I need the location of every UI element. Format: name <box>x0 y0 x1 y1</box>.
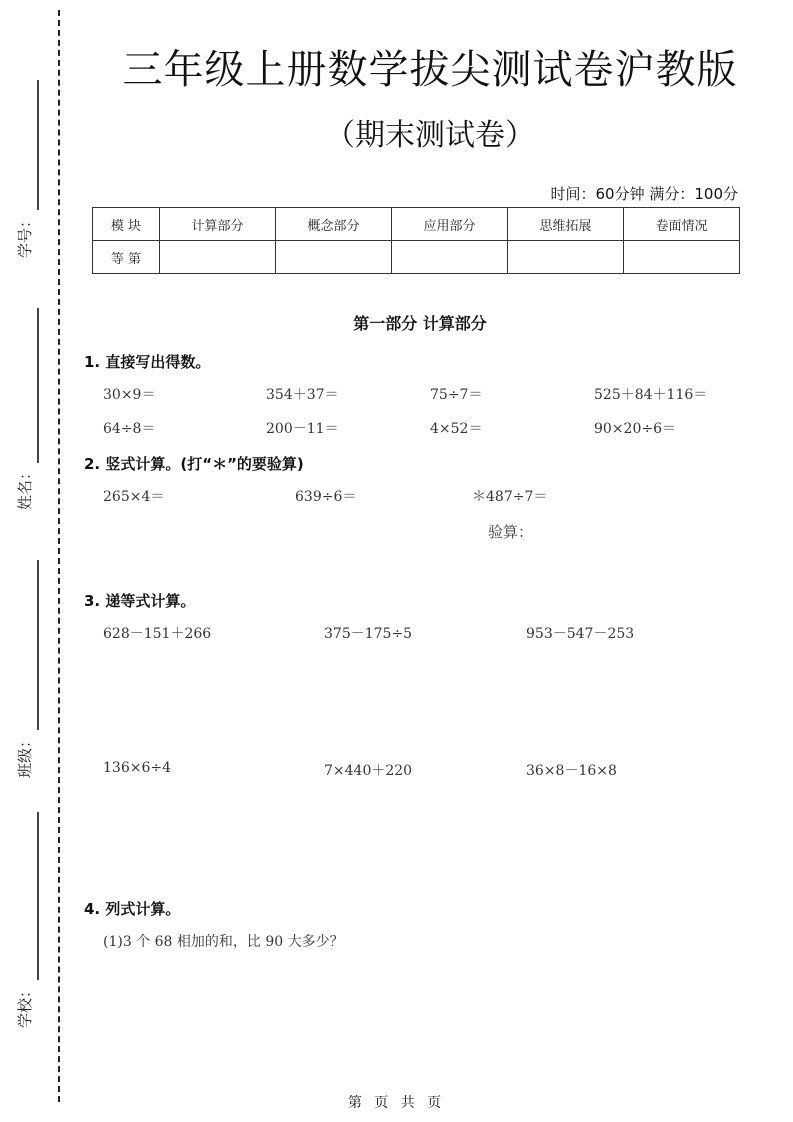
table-cell: 思维拓展 <box>508 208 624 241</box>
question-4-title: 4. 列式计算。 <box>84 898 180 919</box>
page-footer: 第 页 共 页 <box>0 1092 793 1112</box>
name-line <box>37 308 39 463</box>
page-subtitle: （期末测试卷） <box>90 110 770 154</box>
question-2-title: 2. 竖式计算。(打“＊”的要验算) <box>84 453 304 474</box>
expression: 64÷8＝ <box>103 418 155 438</box>
grade-input-cell[interactable] <box>624 241 740 274</box>
expression: 639÷6＝ <box>295 486 356 506</box>
school-label: 学校： <box>14 983 35 1028</box>
expression: 953－547－253 <box>526 623 634 643</box>
expression: 7×440＋220 <box>324 760 412 780</box>
section-heading: 第一部分 计算部分 <box>80 311 760 334</box>
expression: 90×20÷6＝ <box>594 418 676 438</box>
table-cell: 模 块 <box>93 208 160 241</box>
table-cell: 计算部分 <box>160 208 276 241</box>
table-cell: 卷面情况 <box>624 208 740 241</box>
student-id-label: 学号： <box>14 213 35 258</box>
expression: 136×6÷4 <box>103 760 171 776</box>
page-title: 三年级上册数学拔尖测试卷沪教版 <box>90 38 770 95</box>
table-cell: 应用部分 <box>392 208 508 241</box>
expression: 525＋84＋116＝ <box>594 384 707 404</box>
expression: ＊487÷7＝ <box>472 486 547 506</box>
grade-input-cell[interactable] <box>276 241 392 274</box>
expression: 200－11＝ <box>266 418 339 438</box>
binding-dashed-line <box>58 10 60 1102</box>
word-problem: (1)3 个 68 相加的和，比 90 大多少？ <box>103 931 344 951</box>
expression: 375－175÷5 <box>324 623 412 643</box>
grade-input-cell[interactable] <box>160 241 276 274</box>
question-1-title: 1. 直接写出得数。 <box>84 351 210 372</box>
expression: 30×9＝ <box>103 384 155 404</box>
check-label: 验算： <box>488 521 533 542</box>
grade-input-cell[interactable] <box>508 241 624 274</box>
grade-input-cell[interactable] <box>392 241 508 274</box>
table-cell: 概念部分 <box>276 208 392 241</box>
expression: 36×8－16×8 <box>526 760 617 780</box>
expression: 265×4＝ <box>103 486 164 506</box>
table-row: 模 块 计算部分 概念部分 应用部分 思维拓展 卷面情况 <box>93 208 740 241</box>
grade-table: 模 块 计算部分 概念部分 应用部分 思维拓展 卷面情况 等 第 <box>92 207 740 274</box>
question-3-title: 3. 递等式计算。 <box>84 590 195 611</box>
name-label: 姓名： <box>14 465 35 510</box>
exam-meta: 时间：60分钟 满分：100分 <box>551 183 739 204</box>
expression: 4×52＝ <box>430 418 482 438</box>
student-id-line <box>37 80 39 210</box>
expression: 354＋37＝ <box>266 384 339 404</box>
class-line <box>37 560 39 730</box>
table-cell: 等 第 <box>93 241 160 274</box>
class-label: 班级： <box>14 733 35 778</box>
school-line <box>37 812 39 980</box>
expression: 75÷7＝ <box>430 384 482 404</box>
expression: 628－151＋266 <box>103 623 211 643</box>
table-row: 等 第 <box>93 241 740 274</box>
